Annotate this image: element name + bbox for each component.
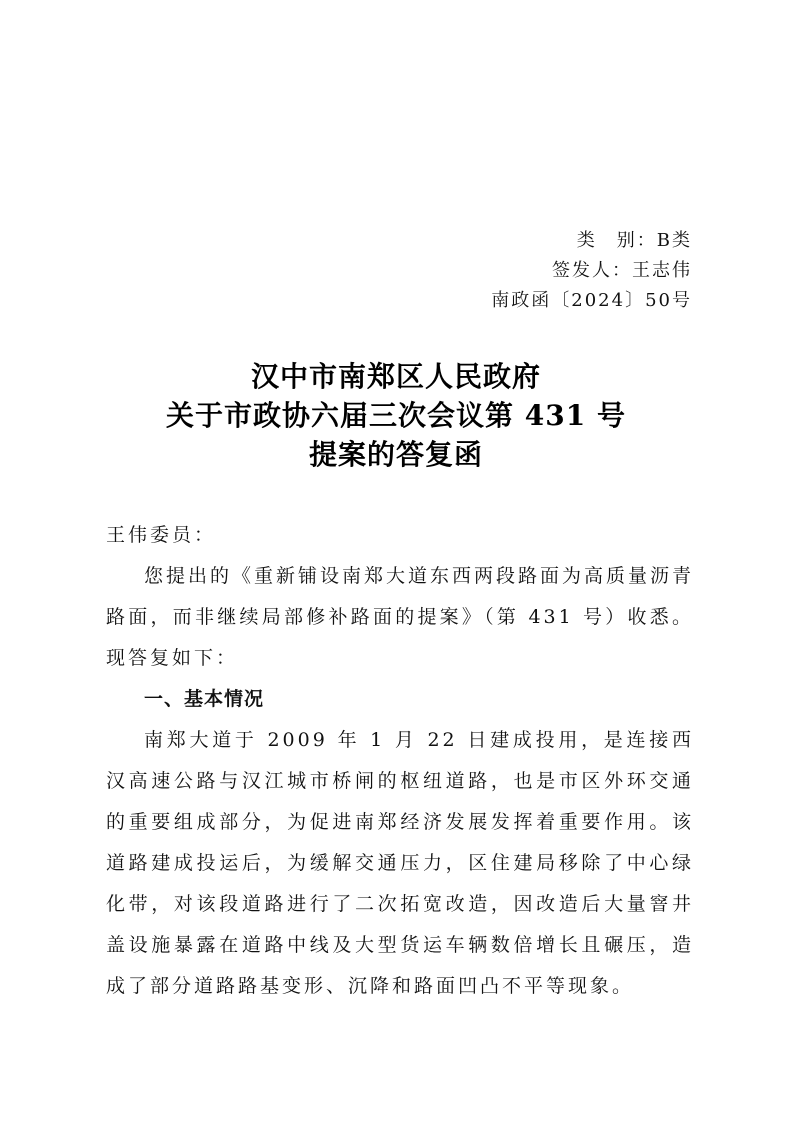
title-line-2: 关于市政协六届三次会议第 431 号: [0, 396, 792, 435]
intro-paragraph: 您提出的《重新铺设南郑大道东西两段路面为高质量沥青路面，而非继续局部修补路面的提…: [106, 556, 694, 679]
document-meta: 类 别：B类 签发人：王志伟 南政函〔2024〕50号: [491, 226, 692, 316]
section-paragraph: 南郑大道于 2009 年 1 月 22 日建成投用，是连接西汉高速公路与汉江城市…: [106, 720, 694, 1007]
document-body: 王伟委员： 您提出的《重新铺设南郑大道东西两段路面为高质量沥青路面，而非继续局部…: [106, 515, 694, 1007]
section-heading: 一、基本情况: [106, 679, 694, 720]
category-line: 类 别：B类: [491, 226, 692, 256]
document-title: 汉中市南郑区人民政府 关于市政协六届三次会议第 431 号 提案的答复函: [0, 357, 792, 474]
document-number: 南政函〔2024〕50号: [491, 286, 692, 316]
title-line-1: 汉中市南郑区人民政府: [0, 357, 792, 396]
salutation: 王伟委员：: [106, 515, 694, 556]
signer-line: 签发人：王志伟: [491, 256, 692, 286]
title-line-3: 提案的答复函: [0, 435, 792, 474]
